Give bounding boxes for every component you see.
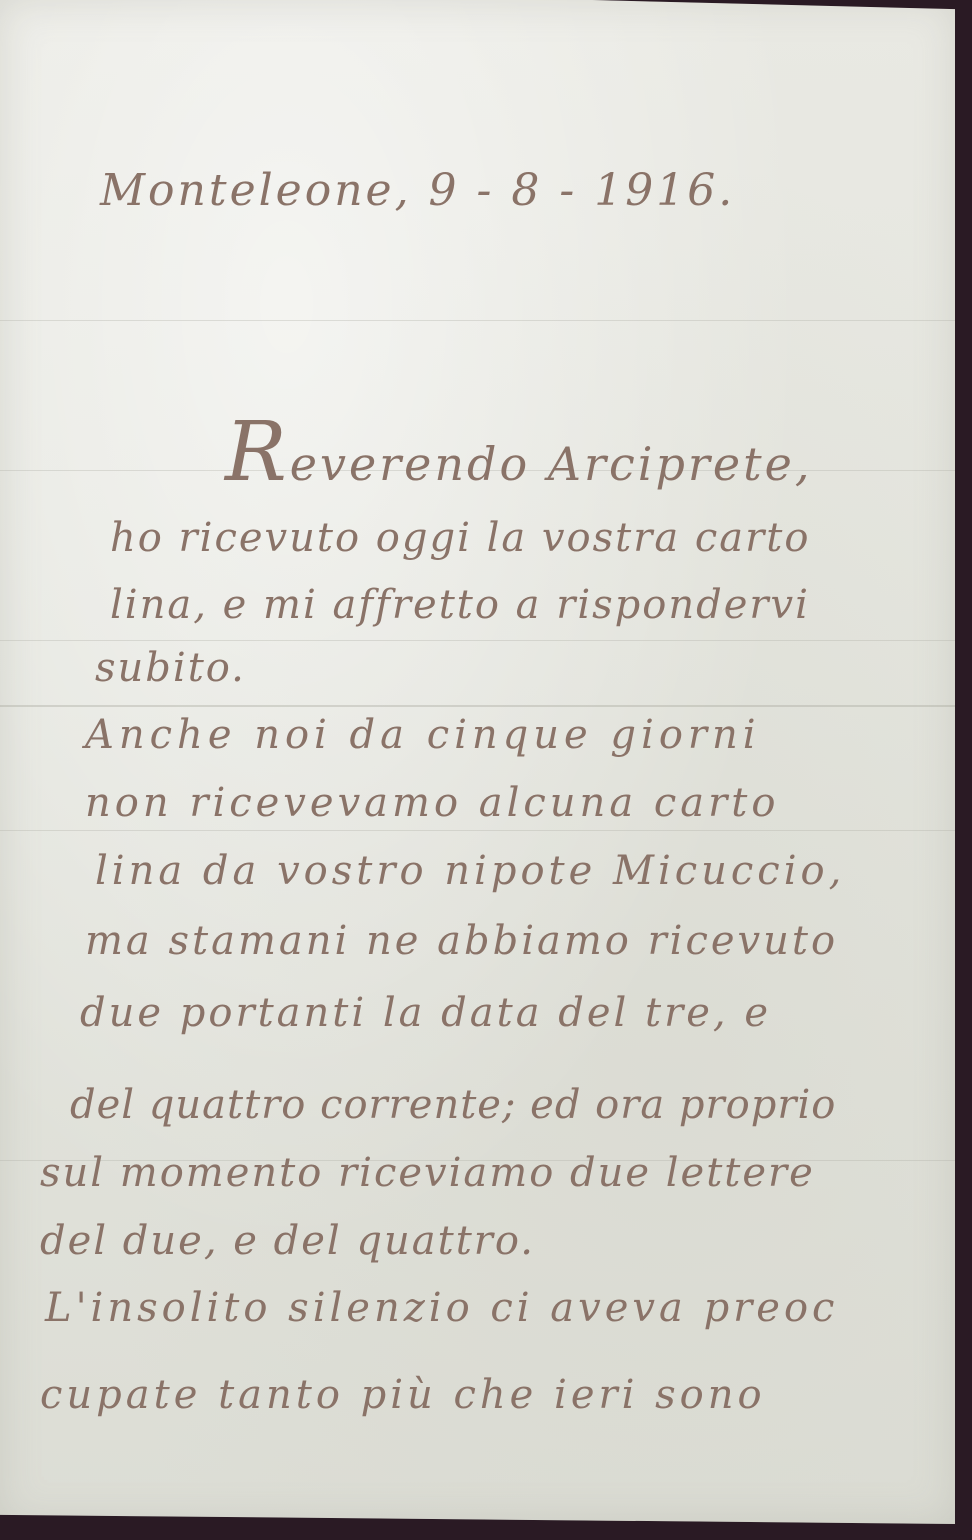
letter-line: del due, e del quattro. (40, 1218, 535, 1264)
letter-line: cupate tanto più che ieri sono (40, 1372, 766, 1418)
letter-line: non ricevevamo alcuna carto (85, 780, 779, 826)
letter-line: due portanti la data del tre, e (80, 990, 771, 1036)
salutation-rest: everendo Arciprete, (290, 437, 813, 491)
letter-line: L'insolito silenzio ci aveva preoc (45, 1285, 838, 1331)
letter-line: ho ricevuto oggi la vostra carto (110, 515, 810, 561)
letter-line: subito. (95, 645, 246, 691)
letter-line: sul momento riceviamo due lettere (40, 1150, 815, 1196)
letter-line: del quattro corrente; ed ora proprio (70, 1082, 836, 1128)
salutation-initial: R (225, 405, 290, 500)
letter-line: Anche noi da cinque giorni (85, 712, 761, 758)
ruled-line (0, 830, 955, 831)
ruled-line (0, 640, 955, 641)
ruled-line (0, 320, 955, 321)
letter-paper: Monteleone, 9 - 8 - 1916. Reverendo Arci… (0, 0, 955, 1524)
letter-line: lina da vostro nipote Micuccio, (95, 848, 845, 894)
letter-line: ma stamani ne abbiamo ricevuto (85, 918, 838, 964)
salutation: Reverendo Arciprete, (225, 405, 812, 500)
place-date: Monteleone, 9 - 8 - 1916. (100, 165, 735, 216)
paper-fold (0, 705, 955, 707)
letter-line: lina, e mi affretto a rispondervi (110, 582, 810, 628)
